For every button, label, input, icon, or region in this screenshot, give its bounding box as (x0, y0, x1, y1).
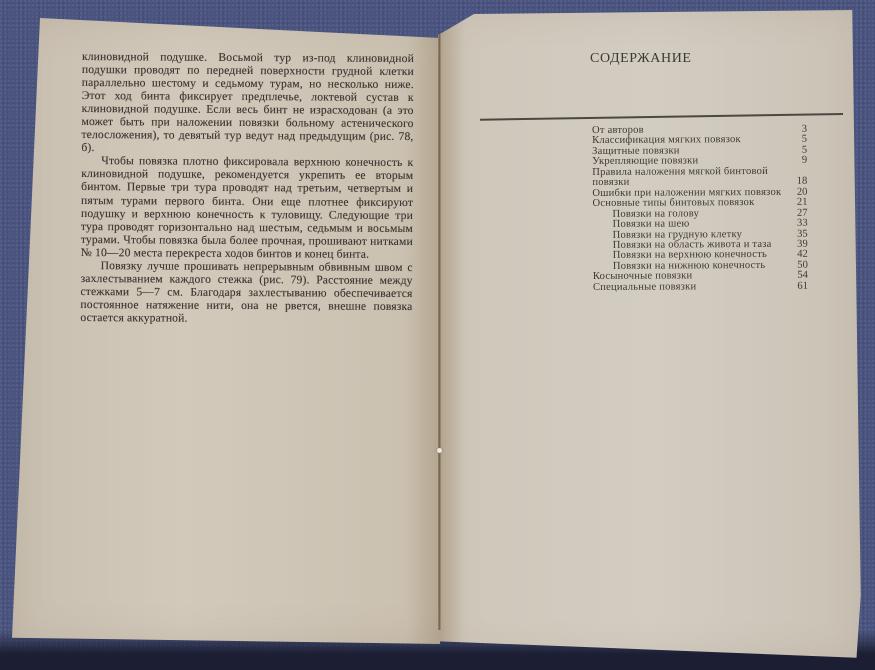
paragraph: Повязку лучше прошивать непрерывным обви… (80, 259, 412, 326)
toc-entry-page: 61 (792, 281, 808, 292)
toc-title: СОДЕРЖАНИЕ (590, 51, 692, 67)
right-page (440, 6, 865, 661)
left-page-body-text: клиновидной подушке. Восьмой тур из-под … (80, 50, 414, 326)
toc-entry: Специальные повязки61 (593, 281, 808, 293)
toc-entry-page: 9 (791, 156, 807, 167)
toc-entry-label: Специальные повязки (593, 282, 696, 293)
book-spine (438, 34, 441, 630)
paragraph: клиновидной подушке. Восьмой тур из-под … (81, 50, 414, 156)
table-of-contents: От авторов3 Классификация мягких повязок… (592, 125, 808, 294)
staple-mark (437, 448, 442, 453)
paragraph: Чтобы повязка плотно фиксировала верхнюю… (81, 154, 414, 260)
